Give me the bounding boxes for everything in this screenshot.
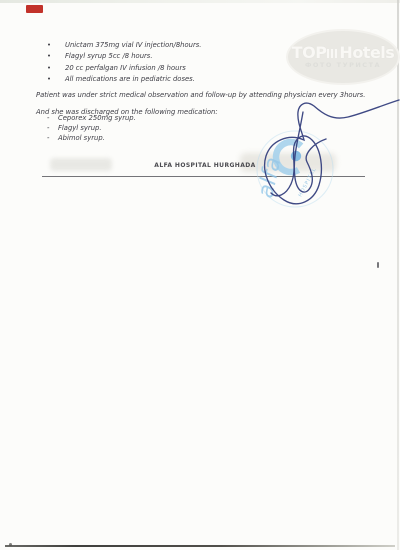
list-item: 20 cc perfalgan IV infusion /8 hours xyxy=(47,63,201,74)
scan-speck xyxy=(377,262,379,268)
dash-icon xyxy=(47,134,58,144)
scan-edge-right xyxy=(397,0,399,550)
iv-med-text: Flagyl syrup 5cc /8 hours. xyxy=(65,52,153,60)
crown-tower-icon xyxy=(327,49,338,58)
iv-med-text: 20 cc perfalgan IV infusion /8 hours xyxy=(65,64,186,72)
signature-line xyxy=(42,176,365,177)
scanned-medical-report-page: TOPHotels ФОТО ТУРИСТА Unictam 375mg via… xyxy=(0,0,400,550)
list-item: Flagyl syrup 5cc /8 hours. xyxy=(47,51,201,62)
discharge-med-text: Abimol syrup. xyxy=(58,134,105,142)
list-item: All medications are in pediatric doses. xyxy=(47,74,201,85)
signature xyxy=(265,100,399,204)
dash-icon xyxy=(47,124,58,134)
dash-icon xyxy=(47,114,58,124)
list-item: Ceporex 250mg syrup. xyxy=(47,114,136,124)
scan-smudge xyxy=(50,158,112,171)
tophotels-subtitle: ФОТО ТУРИСТА xyxy=(305,62,381,69)
tophotels-word-top: TOP xyxy=(292,45,327,61)
scan-edge-top xyxy=(0,0,400,3)
observation-note: Patient was under strict medical observa… xyxy=(36,91,365,99)
tophotels-watermark: TOPHotels ФОТО ТУРИСТА xyxy=(286,29,400,85)
list-item: Abimol syrup. xyxy=(47,134,136,144)
hospital-name: ALFA HOSPITAL HURGHADA xyxy=(130,162,280,169)
red-marker xyxy=(26,5,43,13)
list-item: Flagyl syrup. xyxy=(47,124,136,134)
discharge-med-text: Ceporex 250mg syrup. xyxy=(58,114,136,122)
bullet-icon xyxy=(47,63,65,74)
iv-med-text: Unictam 375mg vial IV injection/8hours. xyxy=(65,41,201,49)
scan-edge-bottom xyxy=(5,545,395,547)
discharge-medication-list: Ceporex 250mg syrup. Flagyl syrup. Abimo… xyxy=(47,114,136,143)
iv-medication-list: Unictam 375mg vial IV injection/8hours. … xyxy=(47,40,201,86)
bullet-icon xyxy=(47,40,65,51)
tophotels-word-hotels: Hotels xyxy=(339,45,394,61)
list-item: Unictam 375mg vial IV injection/8hours. xyxy=(47,40,201,51)
scan-speck xyxy=(9,543,12,546)
discharge-med-text: Flagyl syrup. xyxy=(58,124,102,132)
bullet-icon xyxy=(47,51,65,62)
bullet-icon xyxy=(47,74,65,85)
tophotels-logo: TOPHotels xyxy=(292,45,395,61)
signature-stroke xyxy=(265,100,399,204)
iv-med-text: All medications are in pediatric doses. xyxy=(65,75,195,83)
